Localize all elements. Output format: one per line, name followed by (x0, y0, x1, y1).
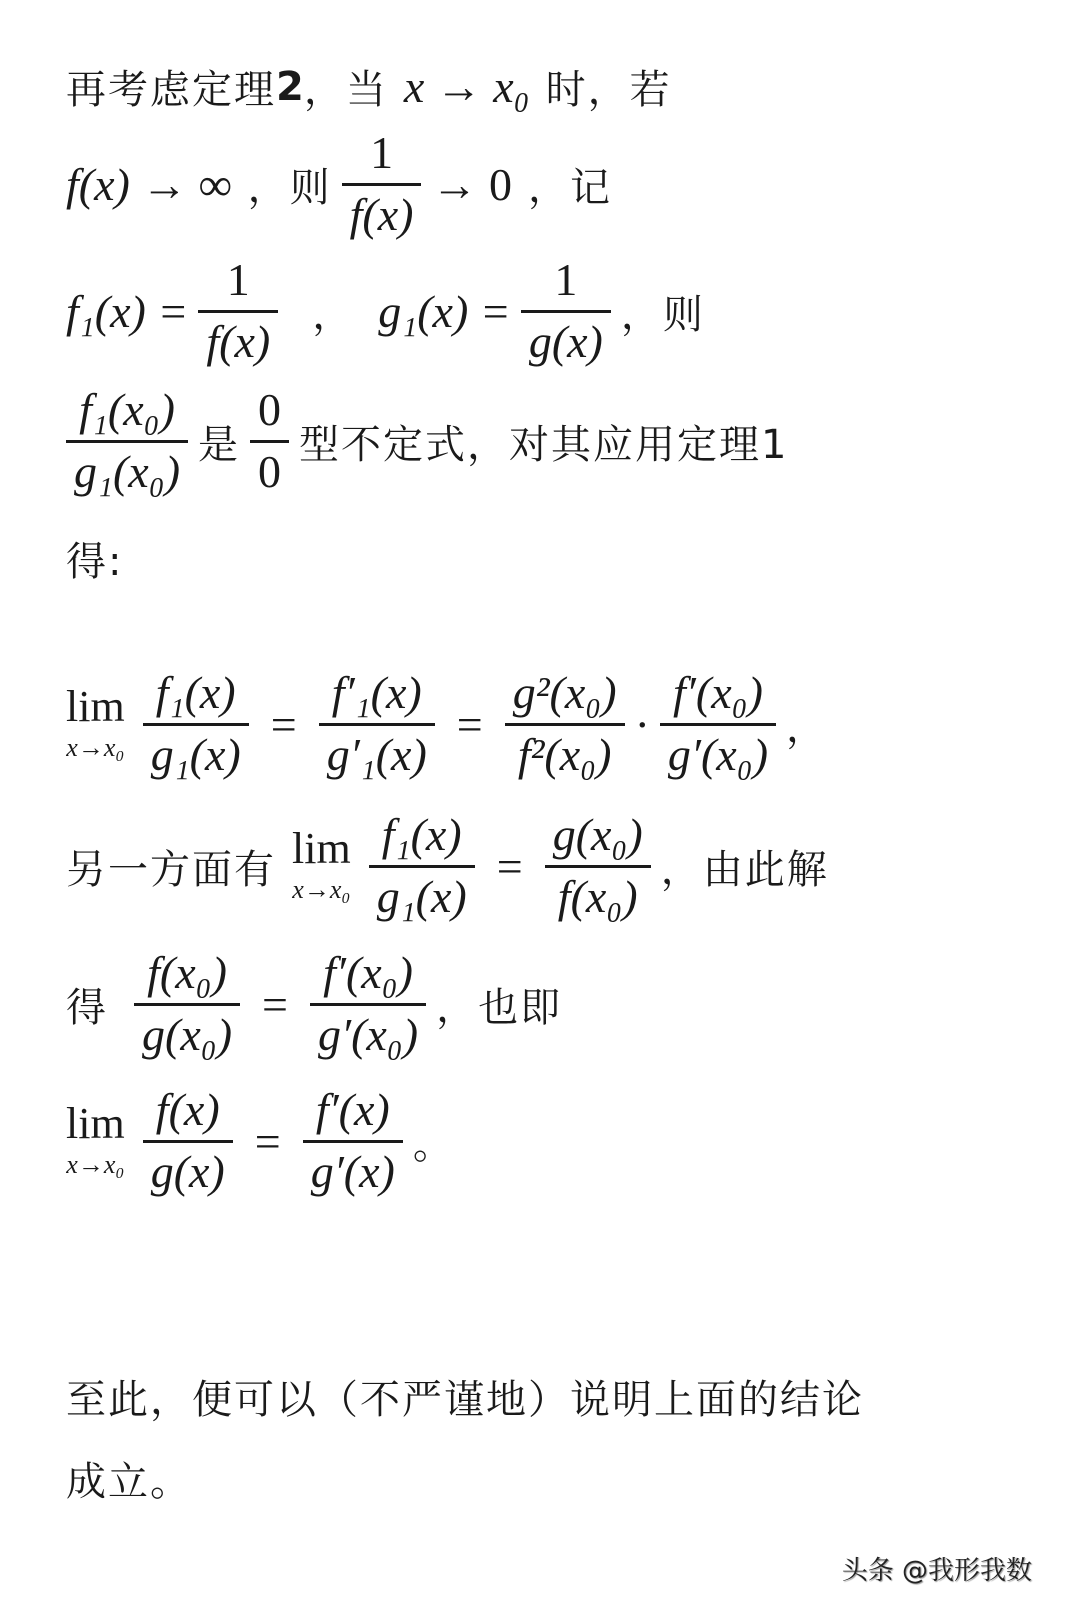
math-g1-def: g₁(x) = (378, 285, 511, 338)
fraction-zero-over-zero: 0 0 (250, 385, 289, 497)
fraction: f(x) g(x) (143, 1085, 233, 1197)
limit-operator: lim x→x₀ (66, 685, 125, 763)
theorem-number: 2 (276, 64, 304, 110)
fraction: f(x₀) g(x₀) (134, 948, 240, 1060)
fraction: g(x₀) f(x₀) (545, 810, 651, 922)
text: 时，若 (546, 58, 672, 115)
text: ，当 (304, 58, 388, 115)
conclusion-line-2: 成立。 (66, 1450, 192, 1507)
text: ，记 (528, 156, 612, 213)
line-define-f1-g1: f₁(x) = 1 f(x) ， g₁(x) = 1 g(x) ，则 (66, 255, 705, 367)
limit-operator: lim x→x₀ (66, 1102, 125, 1180)
fraction: f′(x₀) g′(x₀) (660, 668, 776, 780)
line-theorem2-intro: 再考虑定理 2 ，当 x → x₀ 时，若 (66, 58, 672, 115)
fraction: f′(x) g′(x) (303, 1085, 403, 1197)
limit-operator: lim x→x₀ (292, 827, 351, 905)
text: ，则 (621, 283, 705, 340)
text: 得 (66, 976, 108, 1033)
fraction-f1-over-g1-x0: f₁(x₀) g₁(x₀) (66, 385, 188, 497)
text: 成立。 (66, 1450, 192, 1507)
conclusion-line-1: 至此，便可以（不严谨地）说明上面的结论 (66, 1368, 864, 1425)
math-limit-condition: x → x₀ (404, 60, 530, 113)
fraction-reciprocal-f: 1 f(x) (342, 128, 422, 240)
watermark: 头条 @我形我数 (842, 1550, 1032, 1587)
fraction: f₁(x) g₁(x) (143, 668, 249, 780)
separator: ， (312, 283, 354, 340)
fraction: g²(x₀) f²(x₀) (505, 668, 625, 780)
equation-limit-chain: lim x→x₀ f₁(x) g₁(x) = f′₁(x) g′₁(x) = g… (66, 668, 828, 780)
text: ，由此解 (661, 838, 829, 895)
text: 至此，便可以（不严谨地）说明上面的结论 (66, 1368, 864, 1425)
text: ，则 (248, 156, 332, 213)
math-to-zero: → 0 (431, 158, 512, 211)
fraction-1-over-g: 1 g(x) (521, 255, 611, 367)
equation-other-side: 另一方面有 lim x→x₀ f₁(x) g₁(x) = g(x₀) f(x₀)… (66, 810, 829, 922)
text: 再考虑定理 (66, 58, 276, 115)
math-f1-def: f₁(x) = (66, 285, 188, 338)
fraction-1-over-f: 1 f(x) (198, 255, 278, 367)
text: ，也即 (436, 976, 562, 1033)
text: 型不定式，对其应用定理1 (299, 413, 788, 470)
line-indeterminate-form: f₁(x₀) g₁(x₀) 是 0 0 型不定式，对其应用定理1 (66, 385, 789, 497)
line-de: 得: (66, 530, 123, 587)
text: 得: (66, 530, 123, 587)
text: 是 (198, 413, 240, 470)
fraction: f′(x₀) g′(x₀) (310, 948, 426, 1060)
equation-solve: 得 f(x₀) g(x₀) = f′(x₀) g′(x₀) ，也即 (66, 948, 562, 1060)
fraction: f′₁(x) g′₁(x) (319, 668, 435, 780)
math-f-to-infinity: f(x) → ∞ (66, 158, 232, 211)
equation-lhopital-result: lim x→x₀ f(x) g(x) = f′(x) g′(x) 。 (66, 1085, 455, 1197)
fraction: f₁(x) g₁(x) (369, 810, 475, 922)
text: 另一方面有 (66, 838, 276, 895)
line-f-infinity: f(x) → ∞ ，则 1 f(x) → 0 ，记 (66, 128, 612, 240)
